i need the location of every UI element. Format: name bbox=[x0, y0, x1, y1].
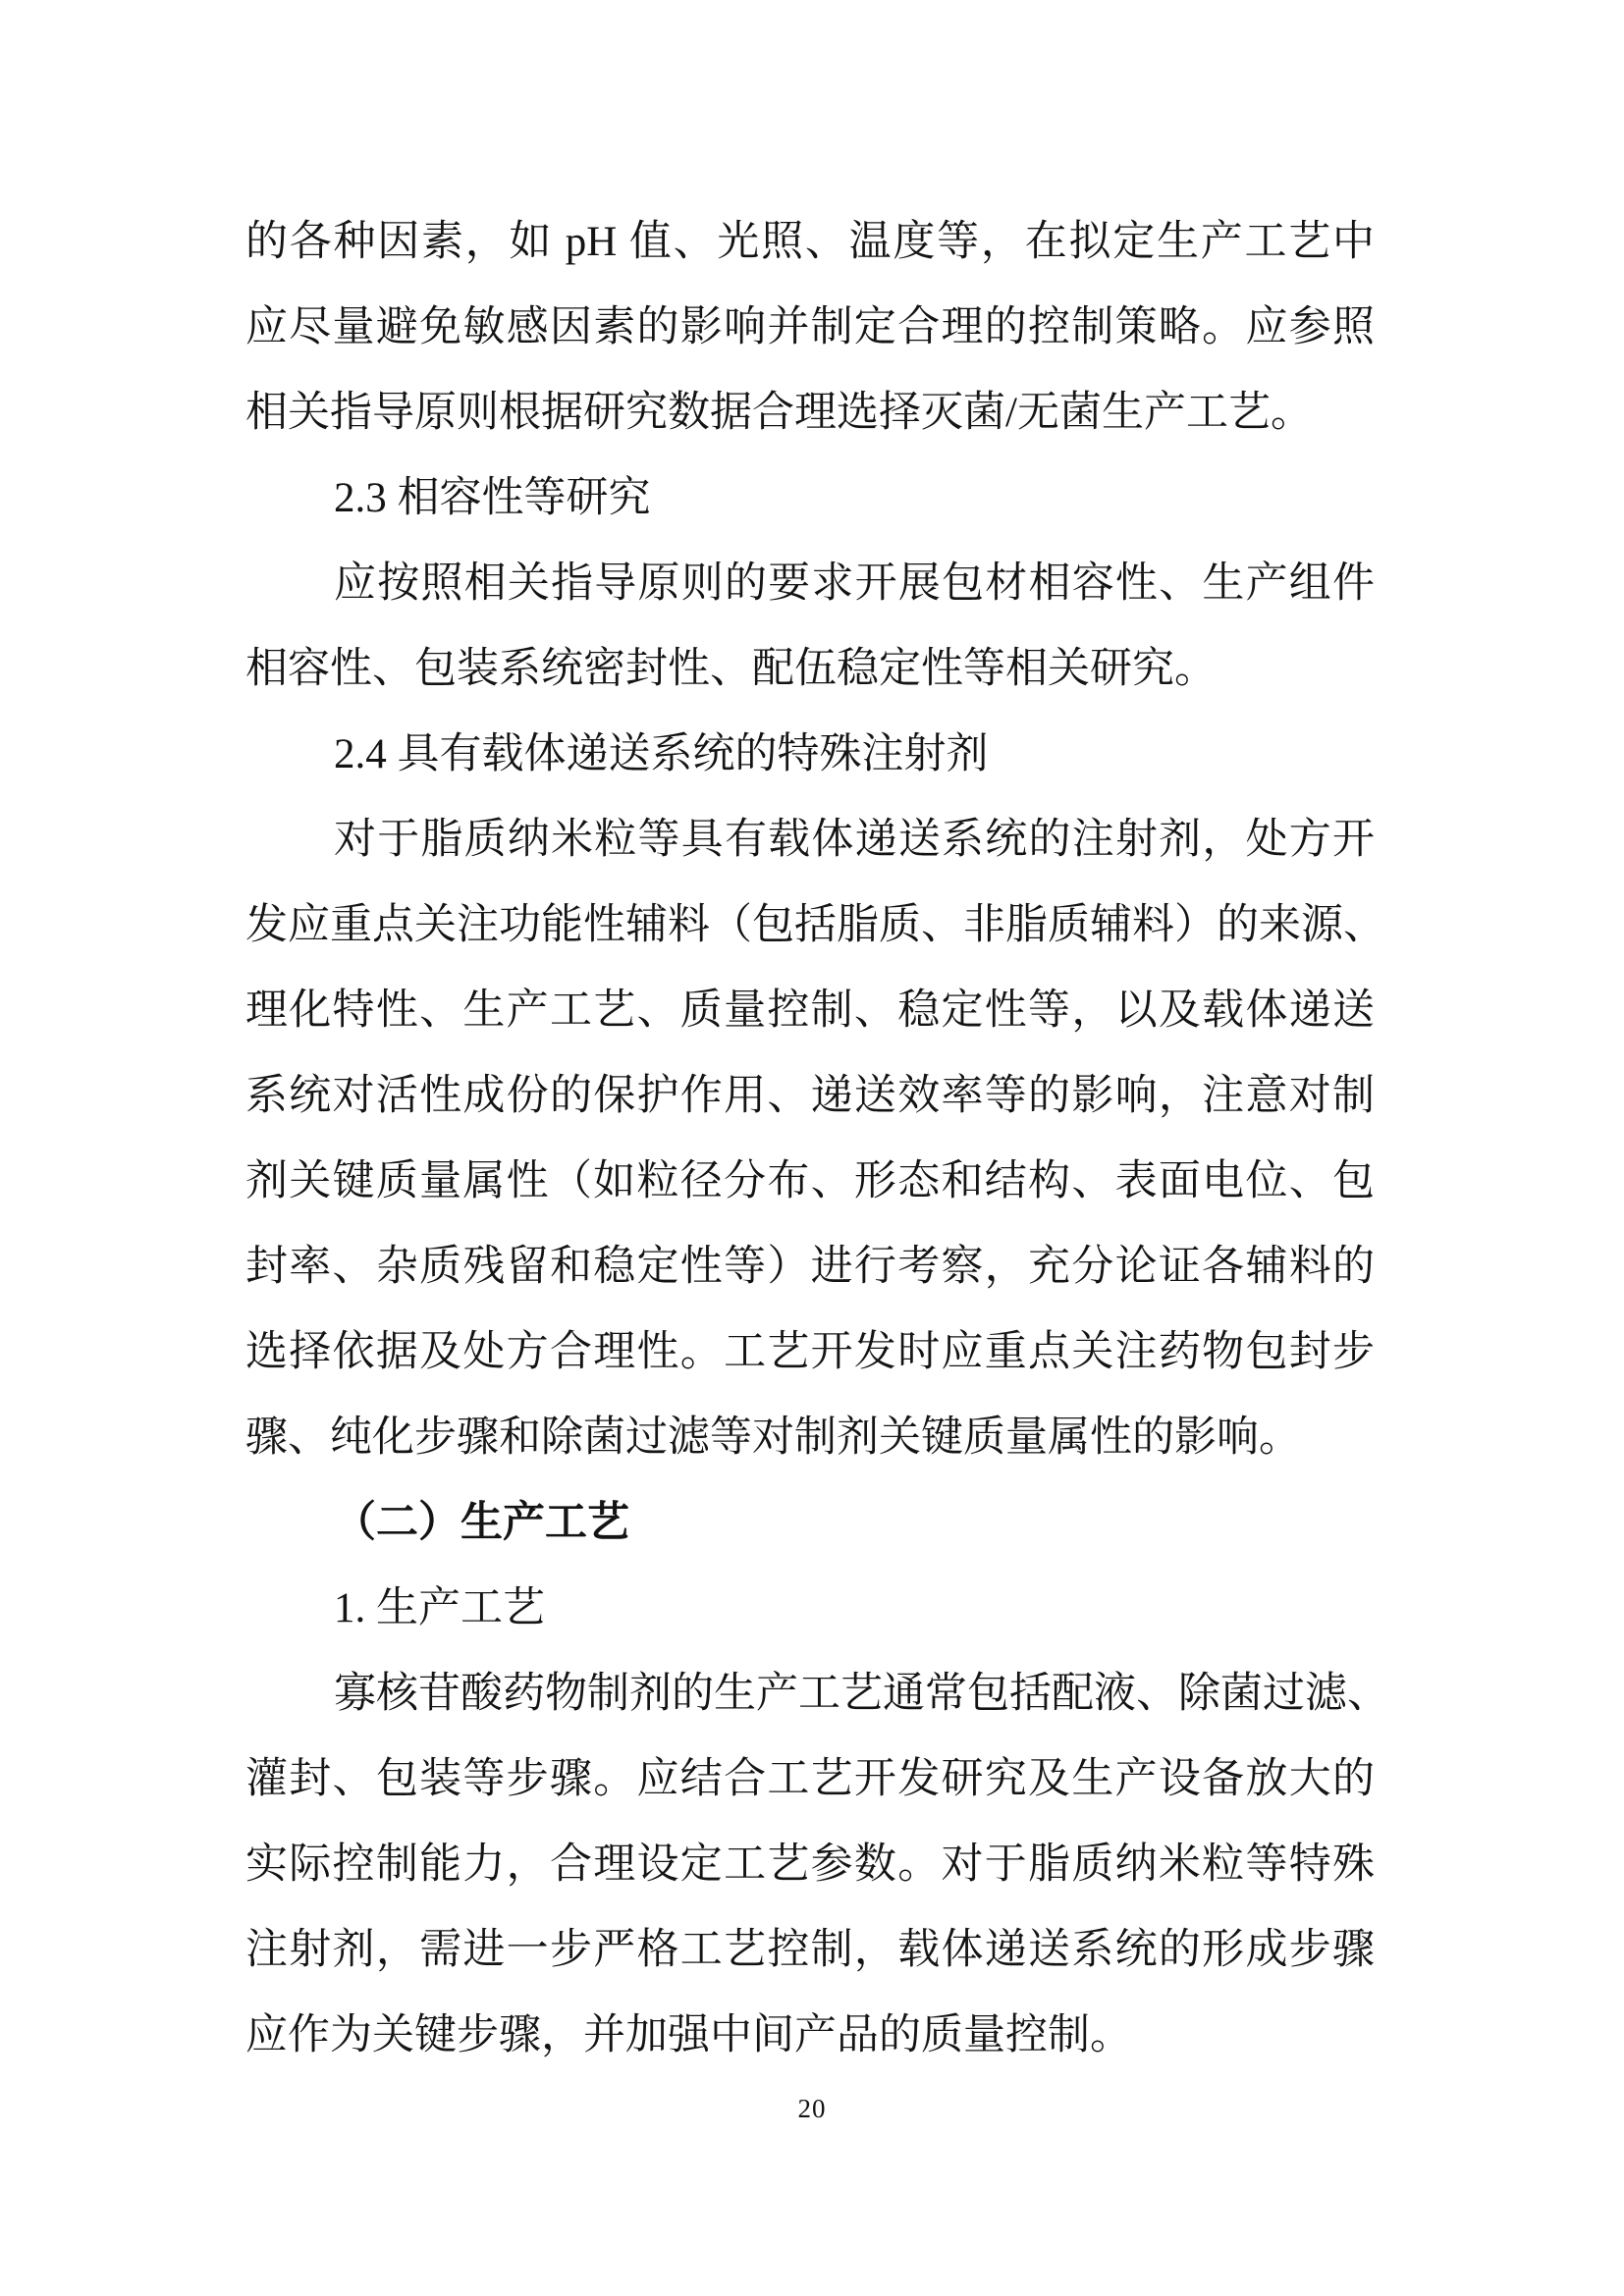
body-text-line: 应作为关键步骤，并加强中间产品的质量控制。 bbox=[245, 1993, 1375, 2078]
page-footer: 20 bbox=[0, 2089, 1624, 2128]
body-text-line: 封率、杂质残留和稳定性等）进行考察，充分论证各辅料的 bbox=[245, 1224, 1375, 1309]
body-text-line: 理化特性、生产工艺、质量控制、稳定性等，以及载体递送 bbox=[245, 968, 1375, 1053]
body-text-line: 发应重点关注功能性辅料（包括脂质、非脂质辅料）的来源、 bbox=[245, 882, 1375, 968]
body-text-line: 注射剂，需进一步严格工艺控制，载体递送系统的形成步骤 bbox=[245, 1907, 1375, 1993]
body-text-line: 选择依据及处方合理性。工艺开发时应重点关注药物包封步 bbox=[245, 1309, 1375, 1395]
section-heading-2: （二）生产工艺 bbox=[245, 1480, 1375, 1566]
body-text-line: 相容性、包装系统密封性、配伍稳定性等相关研究。 bbox=[245, 626, 1375, 712]
document-page: 的各种因素，如 pH 值、光照、温度等，在拟定生产工艺中 应尽量避免敏感因素的影… bbox=[0, 0, 1624, 2296]
body-text-line: 相关指导原则根据研究数据合理选择灭菌/无菌生产工艺。 bbox=[245, 370, 1375, 455]
body-text-line: 实际控制能力，合理设定工艺参数。对于脂质纳米粒等特殊 bbox=[245, 1822, 1375, 1907]
body-text-line: 寡核苷酸药物制剂的生产工艺通常包括配液、除菌过滤、 bbox=[245, 1651, 1375, 1736]
body-text-line: 灌封、包装等步骤。应结合工艺开发研究及生产设备放大的 bbox=[245, 1736, 1375, 1822]
heading-2-3: 2.3 相容性等研究 bbox=[245, 455, 1375, 541]
page-number: 20 bbox=[798, 2094, 827, 2123]
heading-1-production-process: 1. 生产工艺 bbox=[245, 1566, 1375, 1651]
document-body: 的各种因素，如 pH 值、光照、温度等，在拟定生产工艺中 应尽量避免敏感因素的影… bbox=[245, 199, 1375, 2078]
body-text-line: 应按照相关指导原则的要求开展包材相容性、生产组件 bbox=[245, 541, 1375, 626]
heading-2-4: 2.4 具有载体递送系统的特殊注射剂 bbox=[245, 712, 1375, 797]
body-text-line: 的各种因素，如 pH 值、光照、温度等，在拟定生产工艺中 bbox=[245, 199, 1375, 285]
body-text-line: 系统对活性成份的保护作用、递送效率等的影响，注意对制 bbox=[245, 1053, 1375, 1139]
body-text-line: 剂关键质量属性（如粒径分布、形态和结构、表面电位、包 bbox=[245, 1139, 1375, 1224]
body-text-line: 骤、纯化步骤和除菌过滤等对制剂关键质量属性的影响。 bbox=[245, 1395, 1375, 1480]
body-text-line: 应尽量避免敏感因素的影响并制定合理的控制策略。应参照 bbox=[245, 285, 1375, 370]
body-text-line: 对于脂质纳米粒等具有载体递送系统的注射剂，处方开 bbox=[245, 797, 1375, 882]
